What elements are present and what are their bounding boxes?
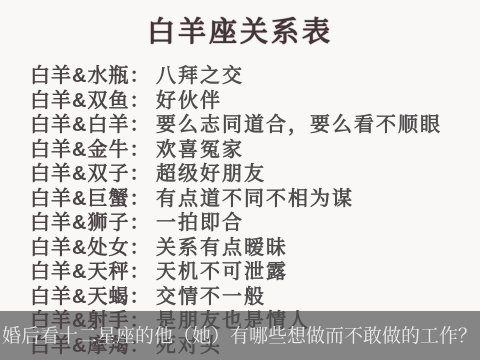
table-row: 白羊&白羊： 要么志同道合，要么看不顺眼 — [30, 113, 480, 138]
row-label: 白羊&巨蟹： — [30, 187, 156, 212]
row-label: 白羊&处女： — [30, 236, 156, 261]
row-value: 八拜之交 — [156, 64, 244, 89]
page-title: 白羊座关系表 — [0, 10, 480, 50]
zodiac-relationship-image: 白羊座关系表 白羊&水瓶： 八拜之交 白羊&双鱼： 好伙伴 白羊&白羊： 要么志… — [0, 0, 480, 360]
row-value: 一拍即合 — [156, 211, 244, 236]
video-caption: 婚后看十二星座的他（她）有哪些想做而不敢做的工作？ — [2, 321, 480, 348]
row-label: 白羊&天秤： — [30, 260, 156, 285]
row-value: 交情不一般 — [156, 285, 266, 310]
row-label: 白羊&天蝎： — [30, 285, 156, 310]
table-row: 白羊&处女： 关系有点暧昧 — [30, 236, 480, 261]
table-row: 白羊&天蝎： 交情不一般 — [30, 285, 480, 310]
row-value: 欢喜冤家 — [156, 138, 244, 163]
table-row: 白羊&巨蟹： 有点道不同不相为谋 — [30, 187, 480, 212]
table-row: 白羊&双子： 超级好朋友 — [30, 162, 480, 187]
table-row: 白羊&水瓶： 八拜之交 — [30, 64, 480, 89]
row-value: 关系有点暧昧 — [156, 236, 288, 261]
row-value: 有点道不同不相为谋 — [156, 187, 354, 212]
row-value: 天机不可泄露 — [156, 260, 288, 285]
row-value: 好伙伴 — [156, 89, 222, 114]
row-label: 白羊&双子： — [30, 162, 156, 187]
row-label: 白羊&水瓶： — [30, 64, 156, 89]
row-label: 白羊&金牛： — [30, 138, 156, 163]
row-value: 超级好朋友 — [156, 162, 266, 187]
table-row: 白羊&狮子： 一拍即合 — [30, 211, 480, 236]
row-label: 白羊&双鱼： — [30, 89, 156, 114]
table-row: 白羊&天秤： 天机不可泄露 — [30, 260, 480, 285]
table-row: 白羊&双鱼： 好伙伴 — [30, 89, 480, 114]
table-row: 白羊&金牛： 欢喜冤家 — [30, 138, 480, 163]
row-value: 要么志同道合，要么看不顺眼 — [156, 113, 442, 138]
row-label: 白羊&狮子： — [30, 211, 156, 236]
row-label: 白羊&白羊： — [30, 113, 156, 138]
relationship-table: 白羊&水瓶： 八拜之交 白羊&双鱼： 好伙伴 白羊&白羊： 要么志同道合，要么看… — [30, 64, 480, 358]
